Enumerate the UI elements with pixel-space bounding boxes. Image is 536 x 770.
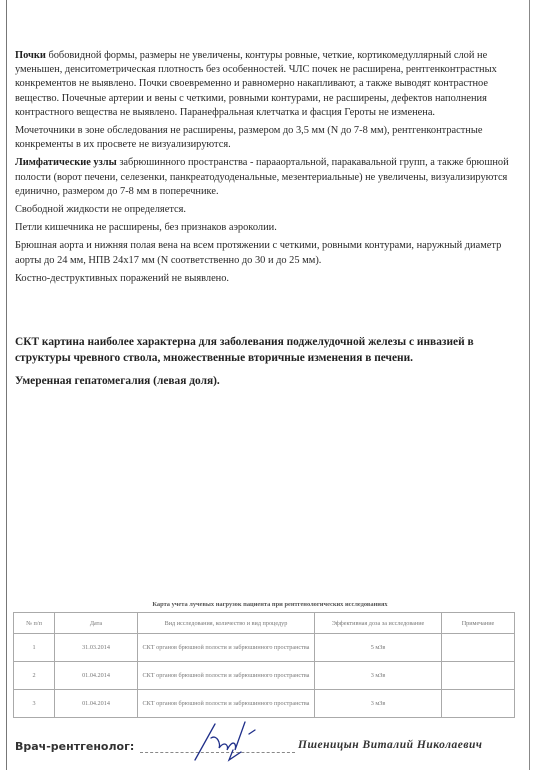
table-row: 1 31.03.2014 СКТ органов брюшной полости… bbox=[14, 634, 515, 662]
finding-intestine: Петли кишечника не расширены, без призна… bbox=[15, 221, 520, 235]
conclusion-main: СКТ картина наиболее характерна для забо… bbox=[15, 334, 520, 366]
findings-section: Почки бобовидной формы, размеры не увели… bbox=[15, 49, 520, 290]
finding-lymph-nodes: Лимфатические узлы забрюшинного простран… bbox=[15, 156, 520, 199]
table-row: 3 01.04.2014 СКТ органов брюшной полости… bbox=[14, 690, 515, 718]
doctor-name: Пшеницын Виталий Николаевич bbox=[298, 739, 482, 751]
handwritten-signature-icon bbox=[175, 716, 275, 766]
page-border-right bbox=[529, 0, 530, 770]
conclusion-secondary: Умеренная гепатомегалия (левая доля). bbox=[15, 373, 520, 389]
finding-ureters: Мочеточники в зоне обследования не расши… bbox=[15, 124, 520, 152]
dose-table-header: № п/п Дата Вид исследования, количество … bbox=[14, 613, 515, 634]
finding-bones: Костно-деструктивных поражений не выявле… bbox=[15, 272, 520, 286]
signature-label: Врач-рентгенолог: bbox=[15, 740, 134, 753]
finding-free-fluid: Свободной жидкости не определяется. bbox=[15, 203, 520, 217]
conclusion-section: СКТ картина наиболее характерна для забо… bbox=[15, 334, 520, 396]
finding-kidneys: Почки бобовидной формы, размеры не увели… bbox=[15, 49, 520, 120]
dose-table-title: Карта учета лучевых нагрузок пациента пр… bbox=[100, 601, 440, 608]
dose-table: № п/п Дата Вид исследования, количество … bbox=[13, 612, 515, 718]
signature-row: Врач-рентгенолог: Пшеницын Виталий Никол… bbox=[15, 738, 520, 758]
table-row: 2 01.04.2014 СКТ органов брюшной полости… bbox=[14, 662, 515, 690]
finding-aorta: Брюшная аорта и нижняя полая вена на все… bbox=[15, 239, 520, 267]
page-border-left bbox=[6, 0, 7, 770]
